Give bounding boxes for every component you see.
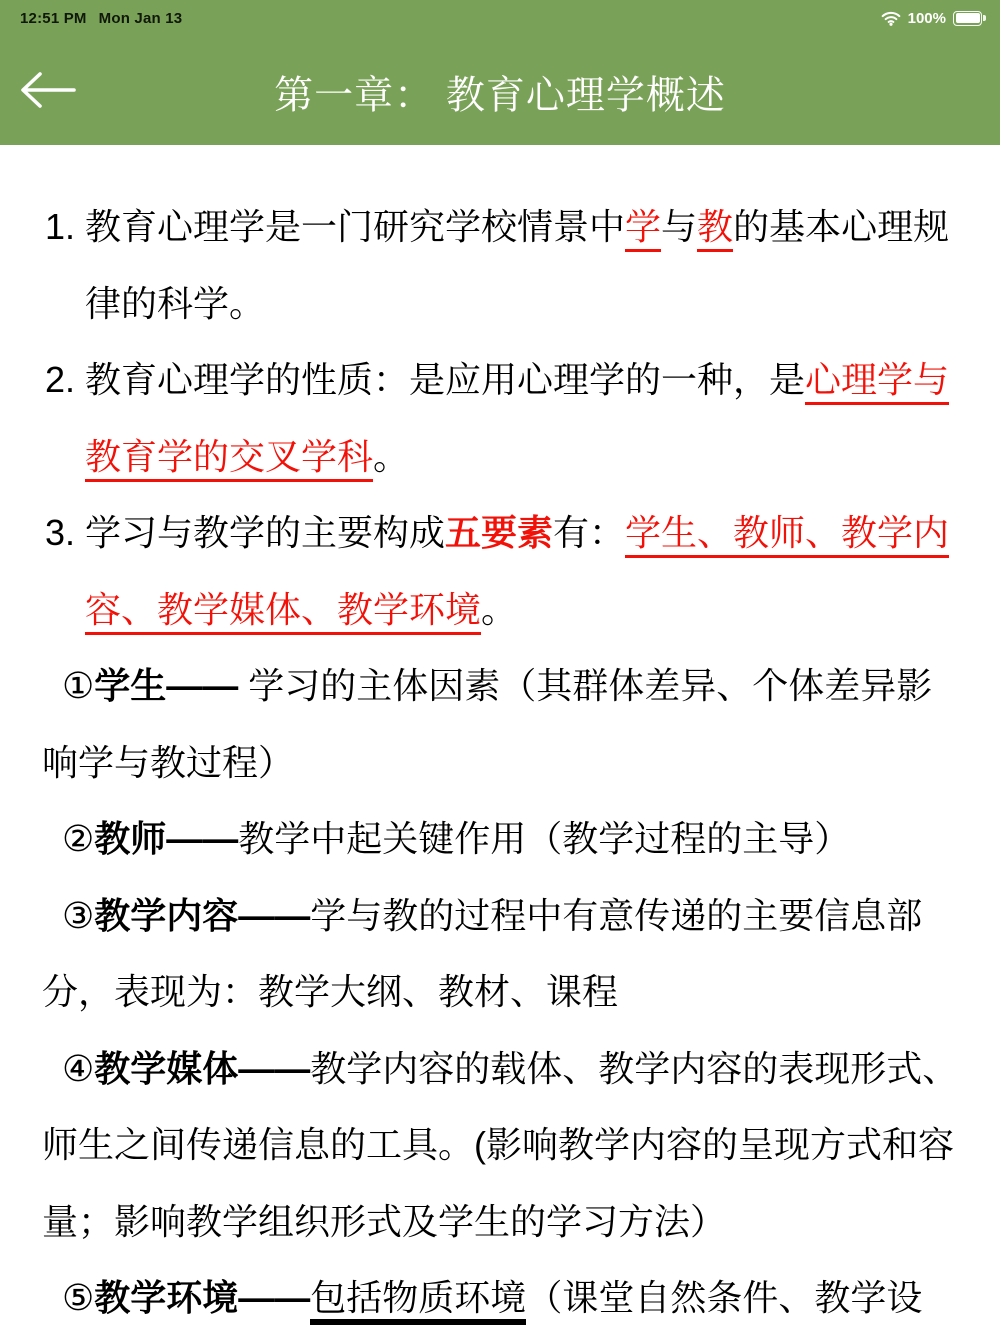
text-segment: ⑤ <box>62 1277 94 1318</box>
page-title: 第一章： 教育心理学概述 <box>0 64 1000 120</box>
status-time: 12:51 PM <box>20 10 87 27</box>
text-line: 2.教育心理学的性质：是应用心理学的一种，是心理学与 <box>0 342 1000 419</box>
battery-icon <box>953 11 982 26</box>
text-line: 容、教学媒体、教学环境。 <box>0 572 1000 649</box>
text-line: 律的科学。 <box>0 266 1000 343</box>
text-segment: 。 <box>481 589 517 630</box>
text-segment: 学生、教师、教学内 <box>625 512 949 558</box>
nav-header: 第一章： 教育心理学概述 <box>0 30 1000 145</box>
text-line: 量；影响教学组织形式及学生的学习方法） <box>0 1184 1000 1261</box>
text-segment: 教学内容—— <box>94 895 310 936</box>
text-line: 3.学习与教学的主要构成五要素有：学生、教师、教学内 <box>0 495 1000 572</box>
wifi-icon <box>881 10 901 26</box>
text-segment: 容、教学媒体、教学环境 <box>85 589 481 635</box>
text-segment: ① <box>62 665 94 706</box>
text-segment: 的基本心理规 <box>733 206 949 247</box>
text-segment: 教学环境—— <box>94 1277 310 1318</box>
text-segment: 五要素 <box>445 512 553 553</box>
status-right: 100% <box>881 10 982 27</box>
list-number: 2. <box>45 342 75 419</box>
status-left: 12:51 PM Mon Jan 13 <box>20 10 182 27</box>
text-segment: 量；影响教学组织形式及学生的学习方法） <box>42 1201 726 1242</box>
text-segment: 教学媒体—— <box>94 1048 310 1089</box>
text-segment: 教育心理学的性质：是应用心理学的一种，是 <box>85 359 805 400</box>
text-segment: 教学中起关键作用（教学过程的主导） <box>238 818 850 859</box>
top-green-bar: 12:51 PM Mon Jan 13 100% <box>0 0 1000 145</box>
list-number: 1. <box>45 189 75 266</box>
text-line: ③教学内容——学与教的过程中有意传递的主要信息部 <box>0 878 1000 955</box>
text-segment: 师生之间传递信息的工具。(影响教学内容的呈现方式和容 <box>42 1124 954 1165</box>
text-line: 教育学的交叉学科。 <box>0 419 1000 496</box>
text-segment: 包括物质环境 <box>310 1277 526 1325</box>
text-segment: 律的科学。 <box>85 283 265 324</box>
battery-percent: 100% <box>908 10 946 27</box>
text-segment: 有： <box>553 512 625 553</box>
text-segment: 教师—— <box>94 818 238 859</box>
text-segment: ④ <box>62 1048 94 1089</box>
text-segment: （课堂自然条件、教学设 <box>526 1277 922 1318</box>
text-line: 响学与教过程） <box>0 725 1000 802</box>
text-line: 分，表现为：教学大纲、教材、课程 <box>0 954 1000 1031</box>
status-date: Mon Jan 13 <box>99 10 183 27</box>
text-segment: ③ <box>62 895 94 936</box>
text-line: ①学生—— 学习的主体因素（其群体差异、个体差异影 <box>0 648 1000 725</box>
document-scroll-area[interactable]: 1.教育心理学是一门研究学校情景中学与教的基本心理规律的科学。2.教育心理学的性… <box>0 145 1000 1334</box>
text-segment: 心理学与 <box>805 359 949 405</box>
content-lines: 1.教育心理学是一门研究学校情景中学与教的基本心理规律的科学。2.教育心理学的性… <box>0 189 1000 1334</box>
text-segment: 学习与教学的主要构成 <box>85 512 445 553</box>
text-segment: 与 <box>661 206 697 247</box>
status-bar: 12:51 PM Mon Jan 13 100% <box>0 0 1000 30</box>
text-segment: 学与教的过程中有意传递的主要信息部 <box>310 895 922 936</box>
text-segment: 响学与教过程） <box>42 742 294 783</box>
text-segment: 学 <box>625 206 661 252</box>
text-line: ②教师——教学中起关键作用（教学过程的主导） <box>0 801 1000 878</box>
text-segment: 分，表现为：教学大纲、教材、课程 <box>42 971 618 1012</box>
text-line: 师生之间传递信息的工具。(影响教学内容的呈现方式和容 <box>0 1107 1000 1184</box>
text-line: ④教学媒体——教学内容的载体、教学内容的表现形式、 <box>0 1031 1000 1108</box>
text-line: 1.教育心理学是一门研究学校情景中学与教的基本心理规 <box>0 189 1000 266</box>
list-number: 3. <box>45 495 75 572</box>
text-segment: ② <box>62 818 94 859</box>
text-segment: 教育心理学是一门研究学校情景中 <box>85 206 625 247</box>
text-line: ⑤教学环境——包括物质环境（课堂自然条件、教学设 <box>0 1260 1000 1334</box>
text-segment: 教 <box>697 206 733 252</box>
text-segment: 。 <box>373 436 409 477</box>
text-segment: 教学内容的载体、教学内容的表现形式、 <box>310 1048 958 1089</box>
text-segment: 教育学的交叉学科 <box>85 436 373 482</box>
text-segment: 学习的主体因素（其群体差异、个体差异影 <box>238 665 932 706</box>
text-segment: 学生—— <box>94 665 238 706</box>
